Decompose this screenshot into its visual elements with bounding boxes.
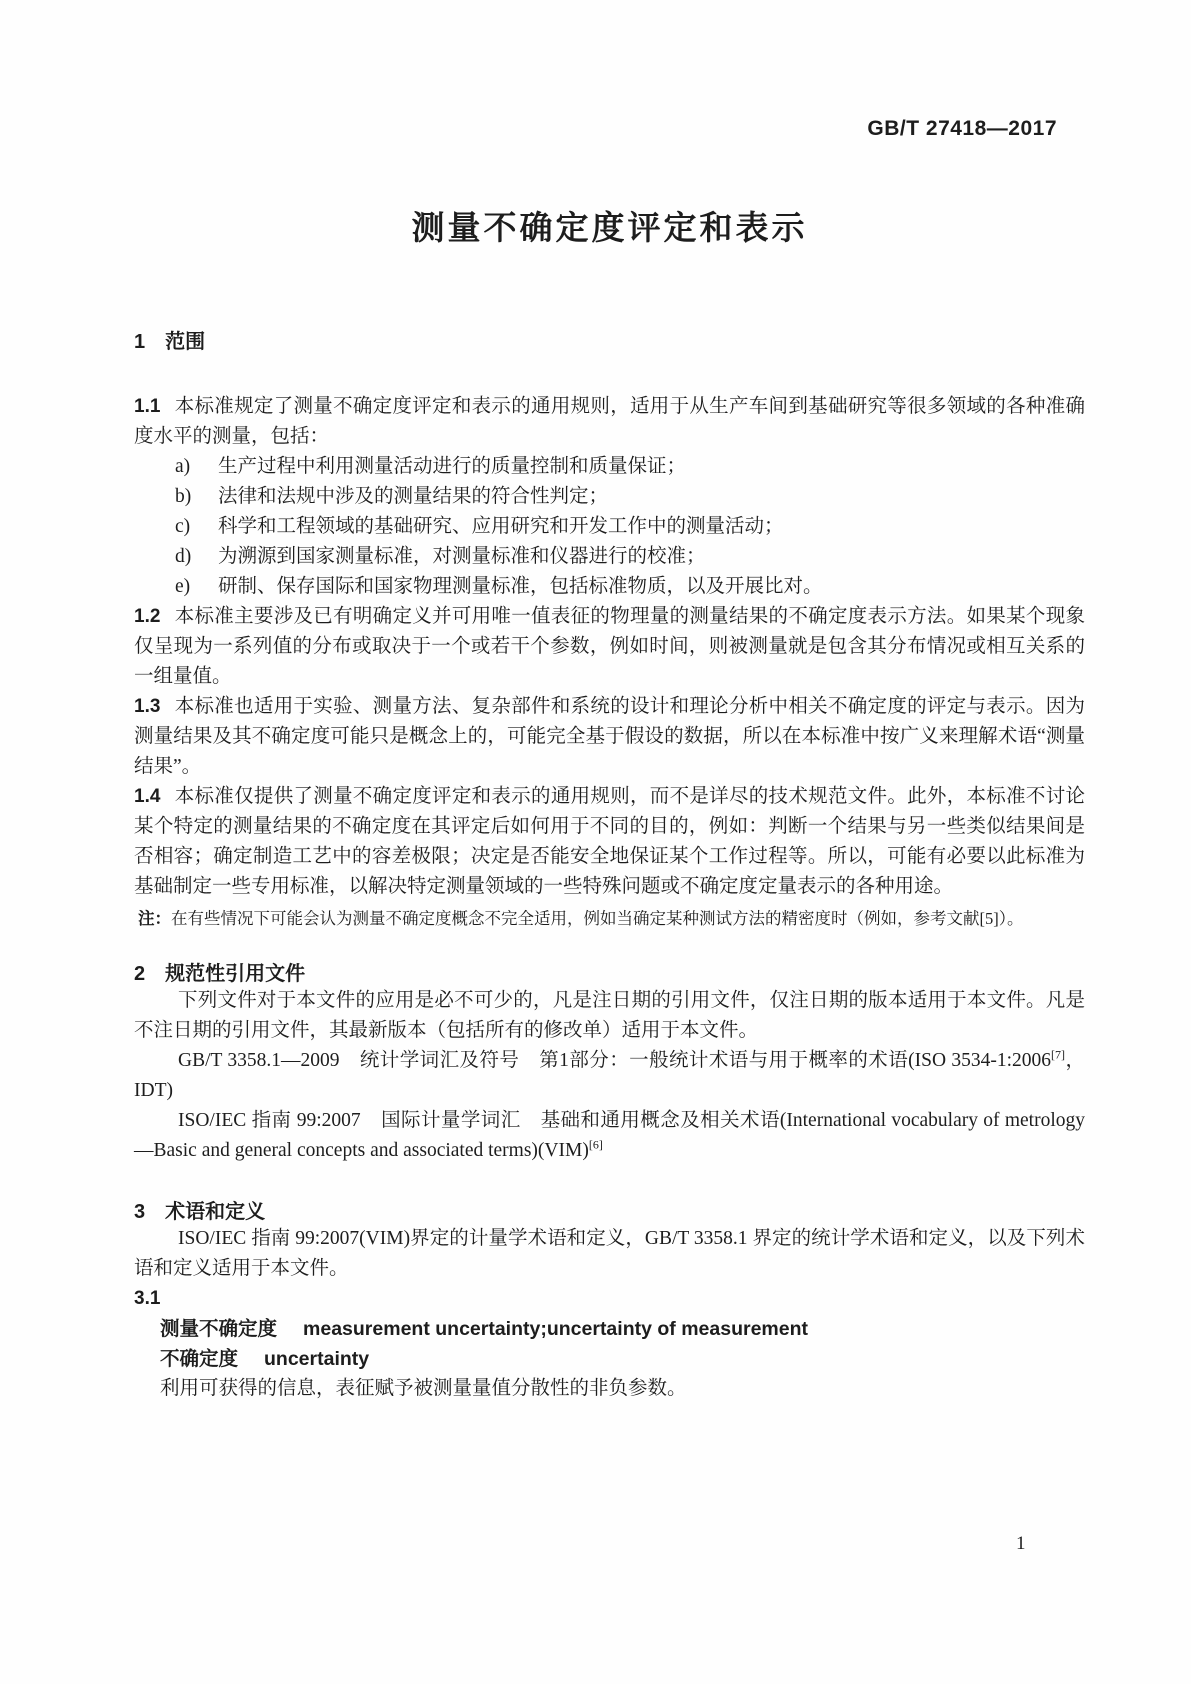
section-title: 范围	[165, 331, 205, 353]
clause-text: 本标准也适用于实验、测量方法、复杂部件和系统的设计和理论分析中相关不确定度的评定…	[134, 696, 1085, 777]
clause-text: 本标准主要涉及已有明确定义并可用唯一值表征的物理量的测量结果的不确定度表示方法。…	[134, 606, 1085, 687]
subclause-3-1-number: 3.1	[134, 1284, 1085, 1314]
clause-1-4: 1.4本标准仅提供了测量不确定度评定和表示的通用规则，而不是详尽的技术规范文件。…	[134, 782, 1085, 902]
list-text: 法律和法规中涉及的测量结果的符合性判定；	[218, 486, 608, 507]
list-marker: a)	[175, 452, 190, 482]
clause-number: 1.1	[134, 396, 160, 417]
list-item-d: d)为溯源到国家测量标准，对测量标准和仪器进行的校准；	[134, 542, 1085, 572]
terms-intro: ISO/IEC 指南 99:2007(VIM)界定的计量学术语和定义，GB/T …	[134, 1224, 1085, 1284]
section-2-heading: 2规范性引用文件	[134, 962, 1085, 986]
document-title: 测量不确定度评定和表示	[134, 206, 1085, 250]
reference-text: GB/T 3358.1—2009 统计学词汇及符号 第1部分：一般统计术语与用于…	[178, 1050, 1051, 1071]
clause-1-2: 1.2本标准主要涉及已有明确定义并可用唯一值表征的物理量的测量结果的不确定度表示…	[134, 602, 1085, 692]
list-item-e: e)研制、保存国际和国家物理测量标准，包括标准物质，以及开展比对。	[134, 572, 1085, 602]
term-english: uncertainty	[264, 1348, 369, 1370]
term-measurement-uncertainty: 测量不确定度measurement uncertainty;uncertaint…	[134, 1314, 1085, 1344]
note-text: 在有些情况下可能会认为测量不确定度概念不完全适用，例如当确定某种测试方法的精密度…	[171, 909, 1024, 928]
term-english: measurement uncertainty;uncertainty of m…	[303, 1318, 808, 1340]
list-text: 研制、保存国际和国家物理测量标准，包括标准物质，以及开展比对。	[218, 576, 823, 597]
list-marker: c)	[175, 512, 190, 542]
section-number: 2	[134, 963, 145, 985]
note-label: 注：	[138, 910, 171, 928]
standard-code: GB/T 27418—2017	[134, 116, 1085, 142]
reference-superscript: [6]	[589, 1138, 603, 1152]
clause-1-1: 1.1本标准规定了测量不确定度评定和表示的通用规则，适用于从生产车间到基础研究等…	[134, 392, 1085, 452]
page-number: 1	[1016, 1532, 1026, 1556]
term-chinese: 不确定度	[160, 1348, 238, 1370]
clause-text: 本标准规定了测量不确定度评定和表示的通用规则，适用于从生产车间到基础研究等很多领…	[134, 396, 1085, 447]
list-marker: d)	[175, 542, 191, 572]
reference-entry-vim: ISO/IEC 指南 99:2007 国际计量学词汇 基础和通用概念及相关术语(…	[134, 1106, 1085, 1166]
section-number: 1	[134, 331, 145, 353]
list-item-b: b)法律和法规中涉及的测量结果的符合性判定；	[134, 482, 1085, 512]
document-page: GB/T 27418—2017 测量不确定度评定和表示 1范围 1.1本标准规定…	[0, 0, 1191, 1684]
reference-entry-gbt3358: GB/T 3358.1—2009 统计学词汇及符号 第1部分：一般统计术语与用于…	[134, 1046, 1085, 1106]
list-text: 科学和工程领域的基础研究、应用研究和开发工作中的测量活动；	[218, 516, 784, 537]
term-uncertainty: 不确定度uncertainty	[134, 1344, 1085, 1374]
clause-number: 1.2	[134, 606, 160, 627]
list-item-a: a)生产过程中利用测量活动进行的质量控制和质量保证；	[134, 452, 1085, 482]
list-marker: b)	[175, 482, 191, 512]
clause-number: 1.4	[134, 786, 160, 807]
normative-intro: 下列文件对于本文件的应用是必不可少的，凡是注日期的引用文件，仅注日期的版本适用于…	[134, 986, 1085, 1046]
list-text: 为溯源到国家测量标准，对测量标准和仪器进行的校准；	[218, 546, 706, 567]
section-title: 术语和定义	[165, 1201, 265, 1223]
clause-text: 本标准仅提供了测量不确定度评定和表示的通用规则，而不是详尽的技术规范文件。此外，…	[134, 786, 1085, 897]
clause-1-3: 1.3本标准也适用于实验、测量方法、复杂部件和系统的设计和理论分析中相关不确定度…	[134, 692, 1085, 782]
list-text: 生产过程中利用测量活动进行的质量控制和质量保证；	[218, 456, 686, 477]
note: 注：在有些情况下可能会认为测量不确定度概念不完全适用，例如当确定某种测试方法的精…	[134, 906, 1085, 932]
reference-text: ISO/IEC 指南 99:2007 国际计量学词汇 基础和通用概念及相关术语(…	[134, 1110, 1085, 1161]
term-definition: 利用可获得的信息，表征赋予被测量量值分散性的非负参数。	[134, 1374, 1085, 1404]
list-marker: e)	[175, 572, 190, 602]
section-1-heading: 1范围	[134, 330, 1085, 354]
section-3-heading: 3术语和定义	[134, 1200, 1085, 1224]
term-chinese: 测量不确定度	[160, 1318, 277, 1340]
section-number: 3	[134, 1201, 145, 1223]
list-item-c: c)科学和工程领域的基础研究、应用研究和开发工作中的测量活动；	[134, 512, 1085, 542]
section-title: 规范性引用文件	[165, 963, 305, 985]
reference-superscript: [7]	[1051, 1048, 1065, 1062]
clause-number: 1.3	[134, 696, 160, 717]
